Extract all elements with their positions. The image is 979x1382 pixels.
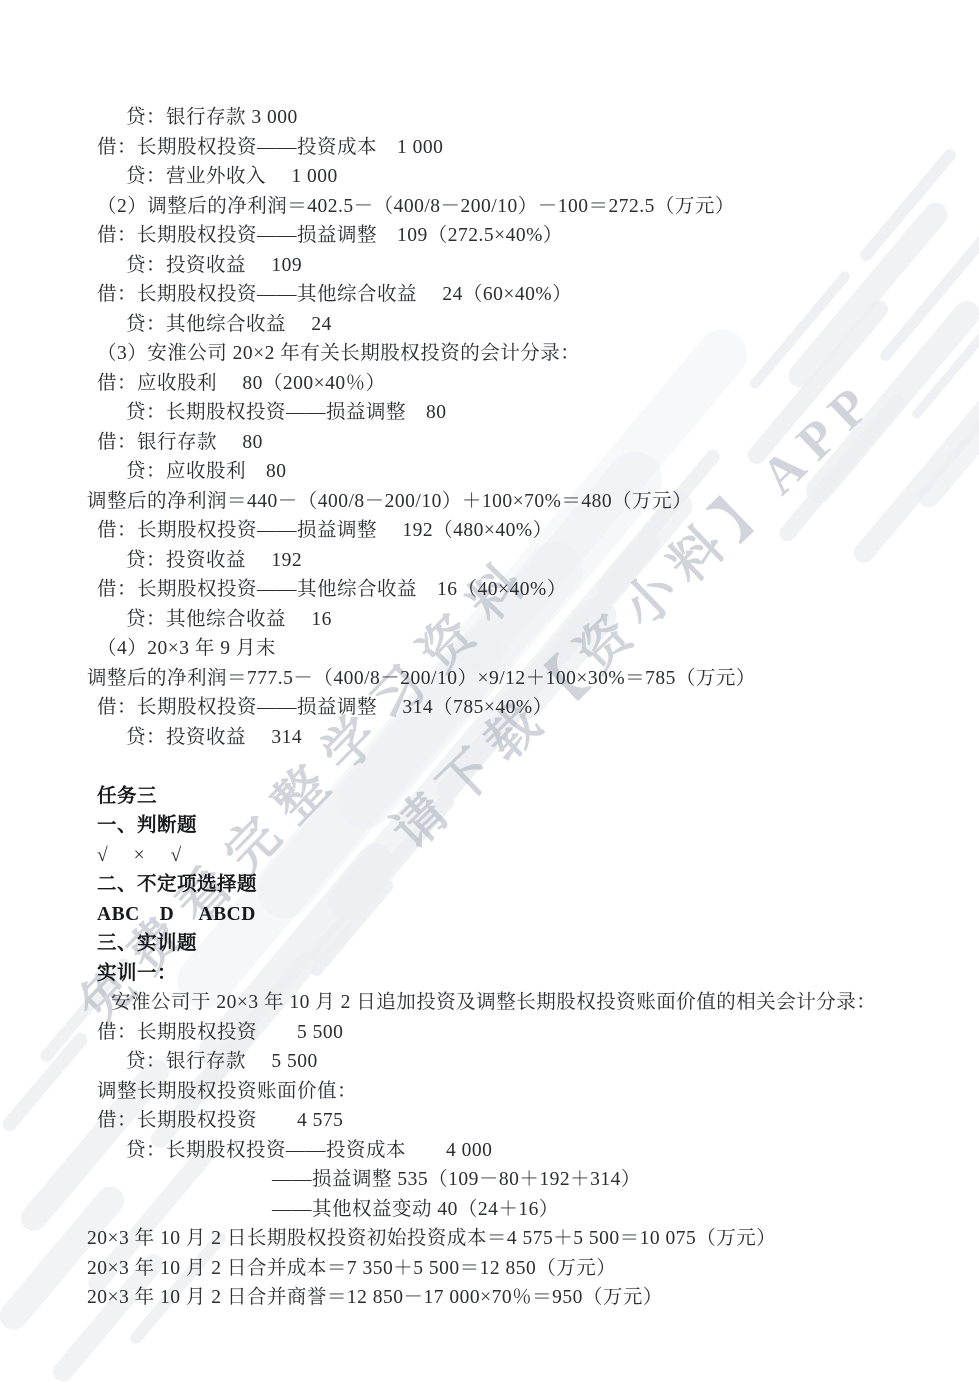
doc-line-10: 借：应收股利 80（200×40％） [97,369,957,399]
doc-line-17: 借：长期股权投资——其他综合收益 16（40×40%） [97,575,957,605]
doc-line-15: 借：长期股权投资——损益调整 192（480×40%） [97,516,957,546]
doc-line-6: 贷：投资收益 109 [97,251,957,281]
doc-line-5: 借：长期股权投资——损益调整 109（272.5×40%） [97,221,957,251]
doc-line-4: （2）调整后的净利润＝402.5－（400/8－200/10）－100＝272.… [97,192,957,222]
doc-line-27: 二、不定项选择题 [97,870,957,900]
doc-line-18: 贷：其他综合收益 16 [97,605,957,635]
doc-line-12: 借：银行存款 80 [97,428,957,458]
doc-line-24: 任务三 [97,782,957,812]
doc-line-19: （4）20×3 年 9 月末 [97,634,957,664]
doc-line-8: 贷：其他综合收益 24 [97,310,957,340]
doc-line-35: 借：长期股权投资 4 575 [97,1106,957,1136]
doc-line-26: √ × √ [97,841,957,871]
doc-line-28: ABC D ABCD [97,900,957,930]
doc-line-21: 借：长期股权投资——损益调整 314（785×40%） [97,693,957,723]
doc-line-29: 三、实训题 [97,929,957,959]
doc-line-34: 调整长期股权投资账面价值： [97,1077,957,1107]
doc-line-14: 调整后的净利润＝440－（400/8－200/10）＋100×70%＝480（万… [87,487,957,517]
doc-line-40: 20×3 年 10 月 2 日合并成本＝7 350＋5 500＝12 850（万… [87,1254,957,1284]
doc-line-32: 借：长期股权投资 5 500 [97,1018,957,1048]
doc-line-11: 贷：长期股权投资——损益调整 80 [97,398,957,428]
doc-line-2: 借：长期股权投资——投资成本 1 000 [97,133,957,163]
doc-line-13: 贷：应收股利 80 [97,457,957,487]
blank-line [97,752,957,782]
doc-line-30: 实训一： [97,959,957,989]
doc-line-25: 一、判断题 [97,811,957,841]
doc-line-39: 20×3 年 10 月 2 日长期股权投资初始投资成本＝4 575＋5 500＝… [87,1224,957,1254]
doc-line-20: 调整后的净利润＝777.5－（400/8－200/10）×9/12＋100×30… [87,664,957,694]
brush-streak [10,1040,81,1124]
doc-line-37: ——损益调整 535（109－80＋192＋314） [97,1165,957,1195]
doc-line-22: 贷：投资收益 314 [97,723,957,753]
doc-line-1: 贷：银行存款 3 000 [97,103,957,133]
doc-line-33: 贷：银行存款 5 500 [97,1047,957,1077]
doc-line-3: 贷：营业外收入 1 000 [97,162,957,192]
doc-line-36: 贷：长期股权投资——投资成本 4 000 [97,1136,957,1166]
doc-line-7: 借：长期股权投资——其他综合收益 24（60×40%） [97,280,957,310]
doc-line-38: ——其他权益变动 40（24＋16） [97,1195,957,1225]
document-content: 贷：银行存款 3 000借：长期股权投资——投资成本 1 000贷：营业外收入 … [97,103,957,1313]
doc-line-41: 20×3 年 10 月 2 日合并商誉＝12 850－17 000×70％＝95… [87,1283,957,1313]
doc-line-31: 安淮公司于 20×3 年 10 月 2 日追加投资及调整长期股权投资账面价值的相… [97,988,957,1018]
doc-line-9: （3）安淮公司 20×2 年有关长期股权投资的会计分录： [97,339,957,369]
document-page: 免费看完整学习资料 请下载【资小料】APP 贷：银行存款 3 000借：长期股权… [0,0,979,1382]
doc-line-16: 贷：投资收益 192 [97,546,957,576]
